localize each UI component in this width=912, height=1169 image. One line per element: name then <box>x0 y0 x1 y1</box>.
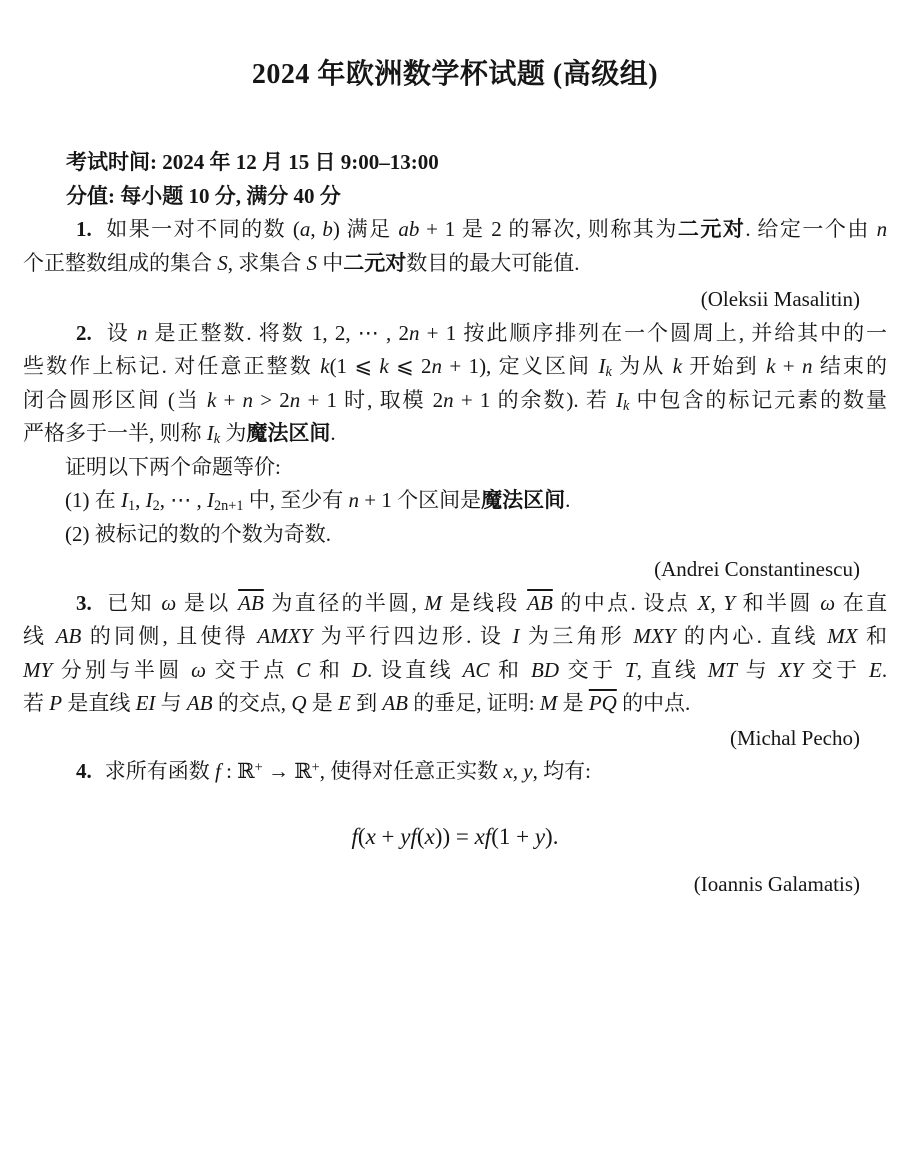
problem-1-attribution: (Oleksii Masalitin) <box>23 283 887 317</box>
problem-2-line-2: 些数作上标记. 对任意正整数 k(1 ⩽ k ⩽ 2n + 1), 定义区间 I… <box>23 350 887 384</box>
problem-1: 1.如果一对不同的数 (a, b) 满足 ab + 1 是 2 的幂次, 则称其… <box>23 213 887 317</box>
exam-time: 考试时间: 2024 年 12 月 15 日 9:00–13:00 <box>66 146 887 180</box>
exam-scoring: 分值: 每小题 10 分, 满分 40 分 <box>66 180 887 214</box>
problem-3-line-3: MY 分别与半圆 ω 交于点 C 和 D. 设直线 AC 和 BD 交于 T, … <box>23 654 887 688</box>
problem-3-attribution: (Michal Pecho) <box>23 722 887 756</box>
problem-2-line-3: 闭合圆形区间 (当 k + n > 2n + 1 时, 取模 2n + 1 的余… <box>23 384 887 418</box>
problem-4: 4.求所有函数 f : ℝ+ → ℝ+, 使得对任意正实数 x, y, 均有: … <box>23 755 887 901</box>
document-page: 2024 年欧洲数学杯试题 (高级组) 考试时间: 2024 年 12 月 15… <box>0 57 912 901</box>
problem-2-claim-2: (2) 被标记的数的个数为奇数. <box>23 518 887 552</box>
problem-2-attribution: (Andrei Constantinescu) <box>23 553 887 587</box>
problem-1-line-2: 个正整数组成的集合 S, 求集合 S 中二元对数目的最大可能值. <box>23 247 887 281</box>
problem-2-line-4: 严格多于一半, 则称 Ik 为魔法区间. <box>23 417 887 451</box>
problem-2-claim-1: (1) 在 I1, I2, ⋯ , I2n+1 中, 至少有 n + 1 个区间… <box>23 484 887 518</box>
problem-2-line-5: 证明以下两个命题等价: <box>23 451 887 485</box>
problem-4-line-1: 4.求所有函数 f : ℝ+ → ℝ+, 使得对任意正实数 x, y, 均有: <box>23 755 887 789</box>
problem-3: 3.已知 ω 是以 AB 为直径的半圆, M 是线段 AB 的中点. 设点 X,… <box>23 587 887 756</box>
exam-meta: 考试时间: 2024 年 12 月 15 日 9:00–13:00 分值: 每小… <box>66 146 887 213</box>
problem-3-line-2: 线 AB 的同侧, 且使得 AMXY 为平行四边形. 设 I 为三角形 MXY … <box>23 620 887 654</box>
page-title: 2024 年欧洲数学杯试题 (高级组) <box>23 57 887 93</box>
problem-2: 2.设 n 是正整数. 将数 1, 2, ⋯ , 2n + 1 按此顺序排列在一… <box>23 317 887 587</box>
problem-4-formula: f(x + yf(x)) = xf(1 + y). <box>23 819 887 855</box>
problem-3-line-1: 3.已知 ω 是以 AB 为直径的半圆, M 是线段 AB 的中点. 设点 X,… <box>23 587 887 621</box>
problem-1-line-1: 1.如果一对不同的数 (a, b) 满足 ab + 1 是 2 的幂次, 则称其… <box>23 213 887 247</box>
problem-3-line-4: 若 P 是直线 EI 与 AB 的交点, Q 是 E 到 AB 的垂足, 证明:… <box>23 687 887 721</box>
problem-2-line-1: 2.设 n 是正整数. 将数 1, 2, ⋯ , 2n + 1 按此顺序排列在一… <box>23 317 887 351</box>
problem-4-attribution: (Ioannis Galamatis) <box>23 868 887 902</box>
